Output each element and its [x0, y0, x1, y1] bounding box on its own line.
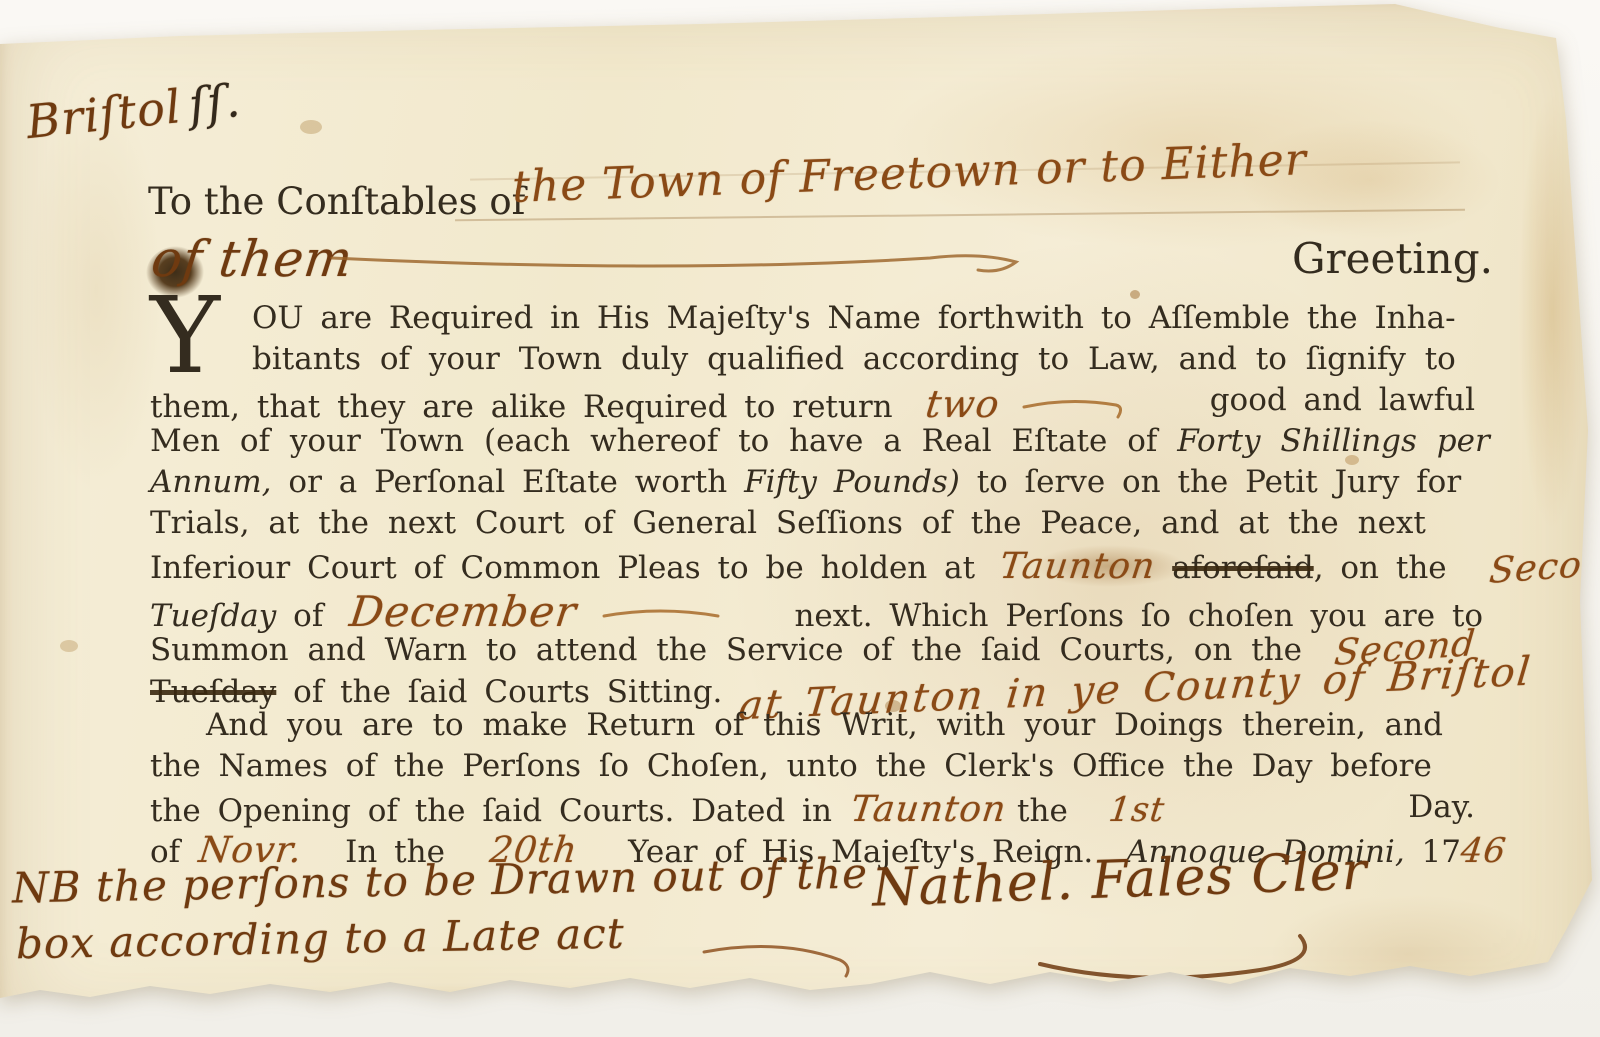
body-line-1: OU are Required in His Majeſty's Name fo…	[150, 300, 1475, 336]
body-line-2: bitants of your Town duly qualified acco…	[150, 341, 1475, 377]
body-line-13: the Opening of the ſaid Courts. Dated in…	[150, 789, 1475, 830]
printed-segment: And you are to make Return of this Writ,…	[150, 707, 1443, 743]
constables-salutation: To the Conſtables of	[148, 180, 525, 223]
county-name: Briſtol	[24, 79, 184, 149]
greeting-label: Greeting.	[1292, 234, 1493, 283]
printed-segment: Inferiour Court of Common Pleas to be ho…	[150, 550, 975, 586]
printed-segment: 17	[1422, 834, 1461, 870]
hand-insert-taunton: Taunton	[997, 546, 1157, 587]
printed-italic-segment: Annum,	[150, 464, 272, 500]
stain-speck	[60, 640, 78, 652]
printed-segment-right: good and lawful	[1210, 382, 1475, 418]
printed-segment: bitants of your Town duly qualified acco…	[150, 341, 1456, 377]
body-line-11: And you are to make Return of this Writ,…	[150, 707, 1475, 743]
document-scan: Briſtolſſ. To the Conſtables of the Town…	[0, 0, 1600, 1037]
body-line-7: Inferiour Court of Common Pleas to be ho…	[150, 546, 1475, 587]
stain-speck	[1130, 290, 1140, 299]
writ-paper: Briſtolſſ. To the Conſtables of the Town…	[0, 0, 1600, 1037]
hand-insert-day-number: 1st	[1106, 790, 1167, 830]
printed-segment-right: Day.	[1408, 789, 1475, 825]
printed-segment: the	[1017, 793, 1068, 829]
printed-segment: to ſerve on the Petit Jury for	[977, 464, 1461, 500]
body-line-3: them, that they are alike Required to re…	[150, 382, 1475, 426]
stain-speck	[300, 120, 322, 134]
hand-insert-taunton: Taunton	[848, 789, 1008, 830]
nb-end-flourish	[700, 930, 860, 980]
printed-segment: Trials, at the next Court of General Seſ…	[150, 505, 1426, 541]
body-line-10: Tueſday of the ſaid Courts Sitting. at T…	[150, 666, 1475, 712]
body-line-12: the Names of the Perſons ſo Choſen, unto…	[150, 748, 1475, 784]
printed-struck-segment: aforeſaid	[1172, 550, 1314, 586]
printed-segment: them, that they are alike Required to re…	[150, 389, 893, 425]
signature-flourish	[1020, 930, 1320, 990]
hand-insert-two: two	[923, 382, 1002, 426]
body-line-4: Men of your Town (each whereof to have a…	[150, 423, 1475, 459]
nb-note-line-2: box according to a Late act	[16, 909, 625, 969]
printed-italic-segment: Forty Shillings per	[1177, 423, 1490, 459]
fill-in-rule-line	[455, 209, 1465, 222]
printed-segment: the Names of the Perſons ſo Choſen, unto…	[150, 748, 1432, 784]
printed-segment: Men of your Town (each whereof to have a…	[150, 423, 1157, 459]
paper-shadow: Briſtolſſ. To the Conſtables of the Town…	[0, 0, 1600, 1037]
hand-flourish	[600, 602, 730, 628]
body-line-6: Trials, at the next Court of General Seſ…	[150, 505, 1475, 541]
printed-segment: OU are Required in His Majeſty's Name fo…	[150, 300, 1456, 336]
printed-segment: Summon and Warn to attend the Service of…	[150, 632, 1302, 668]
printed-segment: or a Perſonal Eſtate worth	[288, 464, 727, 500]
county-ss-abbreviation: ſſ.	[186, 73, 243, 132]
printed-italic-segment: Fifty Pounds)	[744, 464, 960, 500]
body-line-5: Annum, or a Perſonal Eſtate worth Fifty …	[150, 464, 1475, 500]
printed-struck-segment: Tueſday	[150, 674, 276, 710]
nb-note-line-1: NB the perſons to be Drawn out of the	[12, 849, 869, 913]
hand-insert-year-digits: 46	[1459, 831, 1509, 871]
hand-insert-second: Second	[1487, 541, 1600, 592]
county-heading: Briſtolſſ.	[24, 73, 244, 149]
hand-flourish	[1020, 395, 1130, 421]
printed-segment: the Opening of the ſaid Courts. Dated in	[150, 793, 832, 829]
fill-flourish-line	[330, 240, 1020, 276]
printed-segment: , on the	[1314, 550, 1447, 586]
town-fill-in-hand: the Town of Freetown or to Either	[511, 134, 1307, 213]
printed-segment: of the ſaid Courts Sitting.	[293, 674, 722, 710]
